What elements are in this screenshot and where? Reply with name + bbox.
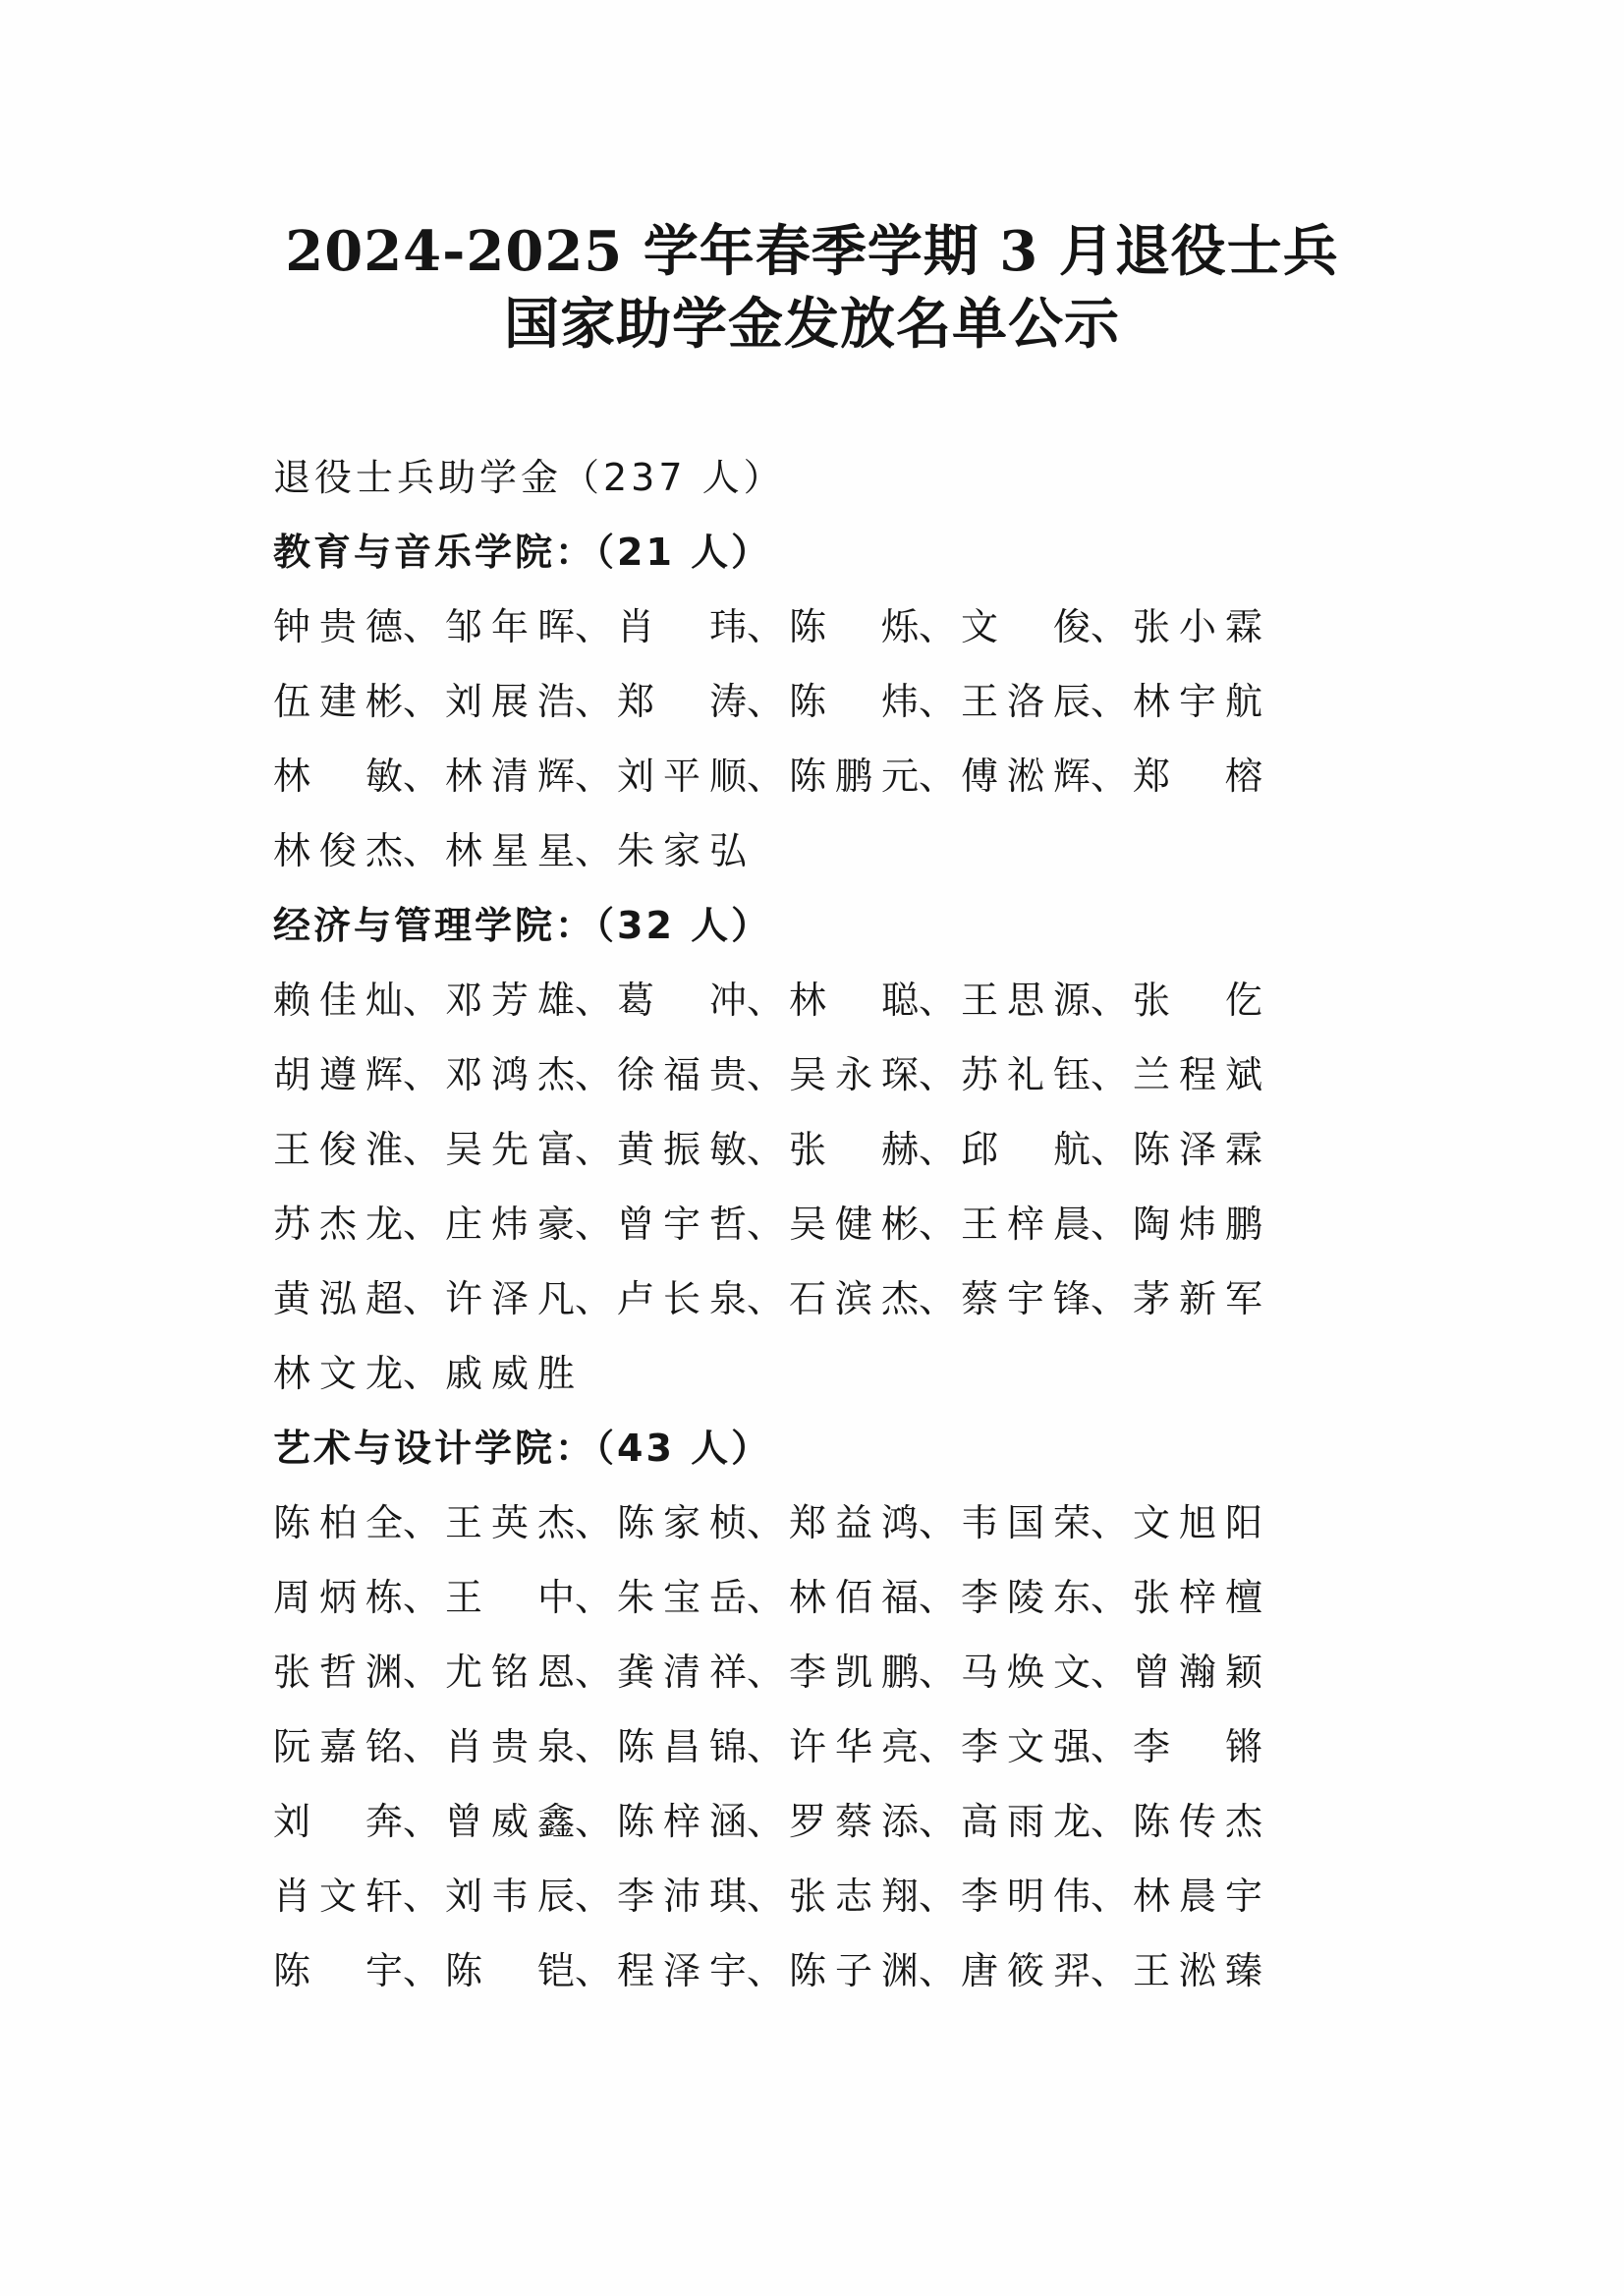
student-name: 张梓檀	[1133, 1560, 1262, 1635]
student-name: 卢长泉	[617, 1261, 747, 1336]
student-name: 戚威胜	[445, 1336, 575, 1411]
student-name: 陈 宇	[273, 1933, 403, 2008]
name-entry: 朱宝岳、	[617, 1560, 789, 1635]
separator: 、	[403, 1560, 440, 1635]
student-name: 龚清祥	[617, 1635, 747, 1709]
separator: 、	[919, 1784, 956, 1859]
student-name: 葛 冲	[617, 963, 747, 1037]
name-entry: 胡遵辉、	[273, 1037, 445, 1112]
student-name: 张志翔	[789, 1859, 919, 1933]
name-entry: 陈 烁、	[789, 589, 961, 664]
name-entry: 马焕文、	[961, 1635, 1133, 1709]
name-entry: 林 敏、	[273, 739, 445, 813]
separator: 、	[747, 1037, 784, 1112]
name-entry: 陈传杰	[1133, 1784, 1305, 1859]
name-entry: 茅新军	[1133, 1261, 1305, 1336]
name-row: 黄泓超、许泽凡、卢长泉、石滨杰、蔡宇锋、茅新军	[273, 1261, 1275, 1336]
separator: 、	[403, 1933, 440, 2008]
separator: 、	[919, 1037, 956, 1112]
name-entry: 卢长泉、	[617, 1261, 789, 1336]
separator: 、	[403, 813, 440, 888]
name-entry: 张志翔、	[789, 1859, 961, 1933]
student-name: 陈家桢	[617, 1485, 747, 1560]
student-name: 陶炜鹏	[1133, 1187, 1262, 1261]
category-heading: 退役士兵助学金（237 人）	[273, 440, 1275, 515]
student-name: 肖文轩	[273, 1859, 403, 1933]
name-row: 苏杰龙、庄炜豪、曾宇哲、吴健彬、王梓晨、陶炜鹏	[273, 1187, 1275, 1261]
separator: 、	[1091, 1187, 1128, 1261]
name-entry: 罗蔡添、	[789, 1784, 961, 1859]
student-name: 陈 铠	[445, 1933, 575, 2008]
name-entry: 张梓檀	[1133, 1560, 1305, 1635]
separator: 、	[403, 1485, 440, 1560]
name-entry: 王梓晨、	[961, 1187, 1133, 1261]
student-name: 文 俊	[961, 589, 1091, 664]
document-page: 2024-2025 学年春季学期 3 月退役士兵 国家助学金发放名单公示 退役士…	[0, 0, 1624, 2296]
separator: 、	[747, 1187, 784, 1261]
separator: 、	[919, 1709, 956, 1784]
student-name: 李明伟	[961, 1859, 1091, 1933]
student-name: 苏杰龙	[273, 1187, 403, 1261]
name-row: 肖文轩、刘韦辰、李沛琪、张志翔、李明伟、林晨宇	[273, 1859, 1275, 1933]
name-entry: 张小霖	[1133, 589, 1305, 664]
separator: 、	[1091, 963, 1128, 1037]
name-entry: 石滨杰、	[789, 1261, 961, 1336]
name-entry: 陈鹏元、	[789, 739, 961, 813]
student-name: 黄振敏	[617, 1112, 747, 1187]
name-row: 刘 奔、曾威鑫、陈梓涵、罗蔡添、高雨龙、陈传杰	[273, 1784, 1275, 1859]
name-entry: 林俊杰、	[273, 813, 445, 888]
name-list: 赖佳灿、邓芳雄、葛 冲、林 聪、王思源、张 仡胡遵辉、邓鸿杰、徐福贵、吴永琛、苏…	[273, 963, 1275, 1411]
name-entry: 朱家弘	[617, 813, 789, 888]
name-entry: 吴健彬、	[789, 1187, 961, 1261]
section-education-music: 教育与音乐学院：（21 人） 钟贵德、邹年晖、肖 玮、陈 烁、文 俊、张小霖伍建…	[273, 515, 1275, 888]
name-entry: 肖文轩、	[273, 1859, 445, 1933]
separator: 、	[575, 589, 612, 664]
separator: 、	[575, 1784, 612, 1859]
separator: 、	[575, 1261, 612, 1336]
student-name: 林俊杰	[273, 813, 403, 888]
name-entry: 蔡宇锋、	[961, 1261, 1133, 1336]
separator: 、	[747, 664, 784, 739]
student-name: 曾威鑫	[445, 1784, 575, 1859]
student-name: 尤铭恩	[445, 1635, 575, 1709]
separator: 、	[1091, 1635, 1128, 1709]
separator: 、	[403, 739, 440, 813]
name-entry: 刘展浩、	[445, 664, 617, 739]
student-name: 王淞臻	[1133, 1933, 1262, 2008]
student-name: 陈梓涵	[617, 1784, 747, 1859]
name-entry: 徐福贵、	[617, 1037, 789, 1112]
name-entry: 陈昌锦、	[617, 1709, 789, 1784]
name-entry: 肖 玮、	[617, 589, 789, 664]
student-name: 李沛琪	[617, 1859, 747, 1933]
student-name: 林宇航	[1133, 664, 1262, 739]
student-name: 陈鹏元	[789, 739, 919, 813]
name-entry: 曾瀚颖	[1133, 1635, 1305, 1709]
separator: 、	[575, 1037, 612, 1112]
name-entry: 兰程斌	[1133, 1037, 1305, 1112]
separator: 、	[1091, 1859, 1128, 1933]
student-name: 王梓晨	[961, 1187, 1091, 1261]
student-name: 邓芳雄	[445, 963, 575, 1037]
student-name: 徐福贵	[617, 1037, 747, 1112]
name-entry: 伍建彬、	[273, 664, 445, 739]
student-name: 茅新军	[1133, 1261, 1262, 1336]
name-list: 钟贵德、邹年晖、肖 玮、陈 烁、文 俊、张小霖伍建彬、刘展浩、郑 涛、陈 炜、王…	[273, 589, 1275, 888]
name-entry: 尤铭恩、	[445, 1635, 617, 1709]
name-entry: 王洛辰、	[961, 664, 1133, 739]
separator: 、	[575, 739, 612, 813]
separator: 、	[1091, 664, 1128, 739]
student-name: 陈泽霖	[1133, 1112, 1262, 1187]
name-entry: 郑益鸿、	[789, 1485, 961, 1560]
student-name: 邹年晖	[445, 589, 575, 664]
name-row: 阮嘉铭、肖贵泉、陈昌锦、许华亮、李文强、李 锵	[273, 1709, 1275, 1784]
separator: 、	[919, 1112, 956, 1187]
name-entry: 阮嘉铭、	[273, 1709, 445, 1784]
student-name: 林星星	[445, 813, 575, 888]
student-name: 赖佳灿	[273, 963, 403, 1037]
section-heading: 教育与音乐学院：（21 人）	[273, 515, 1275, 589]
name-entry: 高雨龙、	[961, 1784, 1133, 1859]
separator: 、	[575, 1859, 612, 1933]
separator: 、	[575, 963, 612, 1037]
student-name: 邱 航	[961, 1112, 1091, 1187]
student-name: 郑益鸿	[789, 1485, 919, 1560]
student-name: 文旭阳	[1133, 1485, 1262, 1560]
name-entry: 林晨宇	[1133, 1859, 1305, 1933]
separator: 、	[575, 1933, 612, 2008]
student-name: 陈昌锦	[617, 1709, 747, 1784]
separator: 、	[575, 1187, 612, 1261]
name-row: 伍建彬、刘展浩、郑 涛、陈 炜、王洛辰、林宇航	[273, 664, 1275, 739]
student-name: 朱宝岳	[617, 1560, 747, 1635]
separator: 、	[747, 1859, 784, 1933]
section-economics-management: 经济与管理学院：（32 人） 赖佳灿、邓芳雄、葛 冲、林 聪、王思源、张 仡胡遵…	[273, 888, 1275, 1411]
student-name: 刘展浩	[445, 664, 575, 739]
separator: 、	[575, 664, 612, 739]
student-name: 许华亮	[789, 1709, 919, 1784]
name-entry: 刘平顺、	[617, 739, 789, 813]
student-name: 曾宇哲	[617, 1187, 747, 1261]
name-row: 林文龙、戚威胜	[273, 1336, 1275, 1411]
name-entry: 陈柏全、	[273, 1485, 445, 1560]
name-entry: 傅淞辉、	[961, 739, 1133, 813]
name-entry: 郑 涛、	[617, 664, 789, 739]
separator: 、	[575, 1560, 612, 1635]
student-name: 张哲渊	[273, 1635, 403, 1709]
separator: 、	[747, 1485, 784, 1560]
name-entry: 钟贵德、	[273, 589, 445, 664]
section-art-design: 艺术与设计学院：（43 人） 陈柏全、王英杰、陈家桢、郑益鸿、韦国荣、文旭阳周炳…	[273, 1411, 1275, 2008]
separator: 、	[919, 1933, 956, 2008]
separator: 、	[403, 1112, 440, 1187]
student-name: 刘韦辰	[445, 1859, 575, 1933]
name-entry: 邱 航、	[961, 1112, 1133, 1187]
separator: 、	[747, 1560, 784, 1635]
name-row: 赖佳灿、邓芳雄、葛 冲、林 聪、王思源、张 仡	[273, 963, 1275, 1037]
name-entry: 张 赫、	[789, 1112, 961, 1187]
student-name: 黄泓超	[273, 1261, 403, 1336]
student-name: 钟贵德	[273, 589, 403, 664]
name-row: 林 敏、林清辉、刘平顺、陈鹏元、傅淞辉、郑 榕	[273, 739, 1275, 813]
separator: 、	[919, 963, 956, 1037]
separator: 、	[747, 1261, 784, 1336]
separator: 、	[575, 1112, 612, 1187]
name-entry: 林佰福、	[789, 1560, 961, 1635]
separator: 、	[747, 1635, 784, 1709]
student-name: 朱家弘	[617, 813, 747, 888]
name-entry: 林清辉、	[445, 739, 617, 813]
separator: 、	[747, 589, 784, 664]
student-name: 陈子渊	[789, 1933, 919, 2008]
student-name: 马焕文	[961, 1635, 1091, 1709]
student-name: 高雨龙	[961, 1784, 1091, 1859]
student-name: 陈柏全	[273, 1485, 403, 1560]
name-entry: 许泽凡、	[445, 1261, 617, 1336]
student-name: 王俊淮	[273, 1112, 403, 1187]
student-name: 曾瀚颖	[1133, 1635, 1262, 1709]
separator: 、	[1091, 1261, 1128, 1336]
name-entry: 李 锵	[1133, 1709, 1305, 1784]
student-name: 张小霖	[1133, 589, 1262, 664]
name-entry: 陈 宇、	[273, 1933, 445, 2008]
student-name: 陈 烁	[789, 589, 919, 664]
separator: 、	[919, 739, 956, 813]
name-entry: 李陵东、	[961, 1560, 1133, 1635]
name-entry: 林宇航	[1133, 664, 1305, 739]
separator: 、	[403, 589, 440, 664]
student-name: 刘平顺	[617, 739, 747, 813]
student-name: 王 中	[445, 1560, 575, 1635]
name-row: 钟贵德、邹年晖、肖 玮、陈 烁、文 俊、张小霖	[273, 589, 1275, 664]
student-name: 林 聪	[789, 963, 919, 1037]
name-entry: 李文强、	[961, 1709, 1133, 1784]
name-entry: 曾宇哲、	[617, 1187, 789, 1261]
student-name: 吴健彬	[789, 1187, 919, 1261]
student-name: 王思源	[961, 963, 1091, 1037]
separator: 、	[1091, 1933, 1128, 2008]
name-entry: 李明伟、	[961, 1859, 1133, 1933]
name-entry: 王俊淮、	[273, 1112, 445, 1187]
document-title-line-1: 2024-2025 学年春季学期 3 月退役士兵	[0, 214, 1624, 289]
separator: 、	[919, 589, 956, 664]
student-name: 蔡宇锋	[961, 1261, 1091, 1336]
separator: 、	[747, 1933, 784, 2008]
separator: 、	[919, 1261, 956, 1336]
separator: 、	[1091, 1784, 1128, 1859]
separator: 、	[403, 1336, 440, 1411]
name-entry: 陈 铠、	[445, 1933, 617, 2008]
separator: 、	[1091, 1485, 1128, 1560]
name-entry: 戚威胜	[445, 1336, 617, 1411]
name-row: 周炳栋、王 中、朱宝岳、林佰福、李陵东、张梓檀	[273, 1560, 1275, 1635]
name-row: 王俊淮、吴先富、黄振敏、张 赫、邱 航、陈泽霖	[273, 1112, 1275, 1187]
name-entry: 陈家桢、	[617, 1485, 789, 1560]
name-entry: 邹年晖、	[445, 589, 617, 664]
document-title-line-2: 国家助学金发放名单公示	[0, 287, 1624, 362]
name-entry: 李凯鹏、	[789, 1635, 961, 1709]
student-name: 王英杰	[445, 1485, 575, 1560]
name-entry: 黄振敏、	[617, 1112, 789, 1187]
separator: 、	[575, 1635, 612, 1709]
student-name: 李 锵	[1133, 1709, 1262, 1784]
student-name: 陈传杰	[1133, 1784, 1262, 1859]
name-entry: 郑 榕	[1133, 739, 1305, 813]
student-name: 庄炜豪	[445, 1187, 575, 1261]
student-name: 周炳栋	[273, 1560, 403, 1635]
document-body: 退役士兵助学金（237 人） 教育与音乐学院：（21 人） 钟贵德、邹年晖、肖 …	[273, 440, 1275, 2008]
student-name: 张 仡	[1133, 963, 1262, 1037]
separator: 、	[919, 664, 956, 739]
student-name: 林清辉	[445, 739, 575, 813]
name-entry: 陶炜鹏	[1133, 1187, 1305, 1261]
name-entry: 肖贵泉、	[445, 1709, 617, 1784]
name-entry: 韦国荣、	[961, 1485, 1133, 1560]
student-name: 李陵东	[961, 1560, 1091, 1635]
section-heading: 艺术与设计学院：（43 人）	[273, 1411, 1275, 1485]
name-entry: 文 俊、	[961, 589, 1133, 664]
separator: 、	[747, 1709, 784, 1784]
name-entry: 曾威鑫、	[445, 1784, 617, 1859]
student-name: 李凯鹏	[789, 1635, 919, 1709]
student-name: 罗蔡添	[789, 1784, 919, 1859]
name-entry: 龚清祥、	[617, 1635, 789, 1709]
student-name: 韦国荣	[961, 1485, 1091, 1560]
name-entry: 王英杰、	[445, 1485, 617, 1560]
name-entry: 邓芳雄、	[445, 963, 617, 1037]
name-entry: 赖佳灿、	[273, 963, 445, 1037]
student-name: 肖贵泉	[445, 1709, 575, 1784]
name-entry: 葛 冲、	[617, 963, 789, 1037]
student-name: 邓鸿杰	[445, 1037, 575, 1112]
student-name: 林 敏	[273, 739, 403, 813]
separator: 、	[919, 1560, 956, 1635]
name-entry: 陈子渊、	[789, 1933, 961, 2008]
student-name: 石滨杰	[789, 1261, 919, 1336]
name-entry: 陈 炜、	[789, 664, 961, 739]
student-name: 李文强	[961, 1709, 1091, 1784]
student-name: 许泽凡	[445, 1261, 575, 1336]
separator: 、	[1091, 1709, 1128, 1784]
student-name: 肖 玮	[617, 589, 747, 664]
name-entry: 邓鸿杰、	[445, 1037, 617, 1112]
section-heading: 经济与管理学院：（32 人）	[273, 888, 1275, 963]
name-entry: 张 仡	[1133, 963, 1305, 1037]
separator: 、	[1091, 739, 1128, 813]
separator: 、	[747, 1112, 784, 1187]
name-row: 林俊杰、林星星、朱家弘	[273, 813, 1275, 888]
student-name: 林佰福	[789, 1560, 919, 1635]
student-name: 林晨宇	[1133, 1859, 1262, 1933]
student-name: 兰程斌	[1133, 1037, 1262, 1112]
separator: 、	[1091, 1560, 1128, 1635]
name-entry: 刘韦辰、	[445, 1859, 617, 1933]
name-entry: 张哲渊、	[273, 1635, 445, 1709]
separator: 、	[575, 1485, 612, 1560]
student-name: 郑 涛	[617, 664, 747, 739]
name-entry: 苏杰龙、	[273, 1187, 445, 1261]
name-entry: 刘 奔、	[273, 1784, 445, 1859]
name-entry: 王 中、	[445, 1560, 617, 1635]
name-entry: 吴永琛、	[789, 1037, 961, 1112]
name-entry: 陈梓涵、	[617, 1784, 789, 1859]
name-entry: 黄泓超、	[273, 1261, 445, 1336]
separator: 、	[575, 813, 612, 888]
separator: 、	[1091, 589, 1128, 664]
student-name: 陈 炜	[789, 664, 919, 739]
name-entry: 林文龙、	[273, 1336, 445, 1411]
student-name: 吴永琛	[789, 1037, 919, 1112]
separator: 、	[403, 1859, 440, 1933]
separator: 、	[403, 1187, 440, 1261]
name-entry: 唐筱羿、	[961, 1933, 1133, 2008]
separator: 、	[747, 1784, 784, 1859]
student-name: 王洛辰	[961, 664, 1091, 739]
name-entry: 陈泽霖	[1133, 1112, 1305, 1187]
name-entry: 苏礼钰、	[961, 1037, 1133, 1112]
name-entry: 林星星、	[445, 813, 617, 888]
separator: 、	[1091, 1112, 1128, 1187]
separator: 、	[919, 1187, 956, 1261]
name-entry: 李沛琪、	[617, 1859, 789, 1933]
name-entry: 周炳栋、	[273, 1560, 445, 1635]
name-entry: 林 聪、	[789, 963, 961, 1037]
student-name: 刘 奔	[273, 1784, 403, 1859]
name-entry: 文旭阳	[1133, 1485, 1305, 1560]
student-name: 胡遵辉	[273, 1037, 403, 1112]
separator: 、	[919, 1635, 956, 1709]
separator: 、	[919, 1485, 956, 1560]
separator: 、	[403, 1261, 440, 1336]
separator: 、	[403, 1709, 440, 1784]
student-name: 阮嘉铭	[273, 1709, 403, 1784]
separator: 、	[747, 963, 784, 1037]
name-entry: 王淞臻	[1133, 1933, 1305, 2008]
student-name: 苏礼钰	[961, 1037, 1091, 1112]
student-name: 唐筱羿	[961, 1933, 1091, 2008]
student-name: 林文龙	[273, 1336, 403, 1411]
student-name: 郑 榕	[1133, 739, 1262, 813]
name-entry: 许华亮、	[789, 1709, 961, 1784]
separator: 、	[403, 1635, 440, 1709]
name-entry: 庄炜豪、	[445, 1187, 617, 1261]
student-name: 程泽宇	[617, 1933, 747, 2008]
name-row: 胡遵辉、邓鸿杰、徐福贵、吴永琛、苏礼钰、兰程斌	[273, 1037, 1275, 1112]
name-row: 张哲渊、尤铭恩、龚清祥、李凯鹏、马焕文、曾瀚颖	[273, 1635, 1275, 1709]
student-name: 傅淞辉	[961, 739, 1091, 813]
separator: 、	[1091, 1037, 1128, 1112]
student-name: 张 赫	[789, 1112, 919, 1187]
name-entry: 王思源、	[961, 963, 1133, 1037]
name-list: 陈柏全、王英杰、陈家桢、郑益鸿、韦国荣、文旭阳周炳栋、王 中、朱宝岳、林佰福、李…	[273, 1485, 1275, 2008]
student-name: 伍建彬	[273, 664, 403, 739]
separator: 、	[747, 739, 784, 813]
student-name: 吴先富	[445, 1112, 575, 1187]
name-entry: 程泽宇、	[617, 1933, 789, 2008]
separator: 、	[403, 664, 440, 739]
separator: 、	[403, 963, 440, 1037]
name-entry: 吴先富、	[445, 1112, 617, 1187]
name-row: 陈柏全、王英杰、陈家桢、郑益鸿、韦国荣、文旭阳	[273, 1485, 1275, 1560]
separator: 、	[575, 1709, 612, 1784]
separator: 、	[919, 1859, 956, 1933]
name-row: 陈 宇、陈 铠、程泽宇、陈子渊、唐筱羿、王淞臻	[273, 1933, 1275, 2008]
separator: 、	[403, 1037, 440, 1112]
separator: 、	[403, 1784, 440, 1859]
